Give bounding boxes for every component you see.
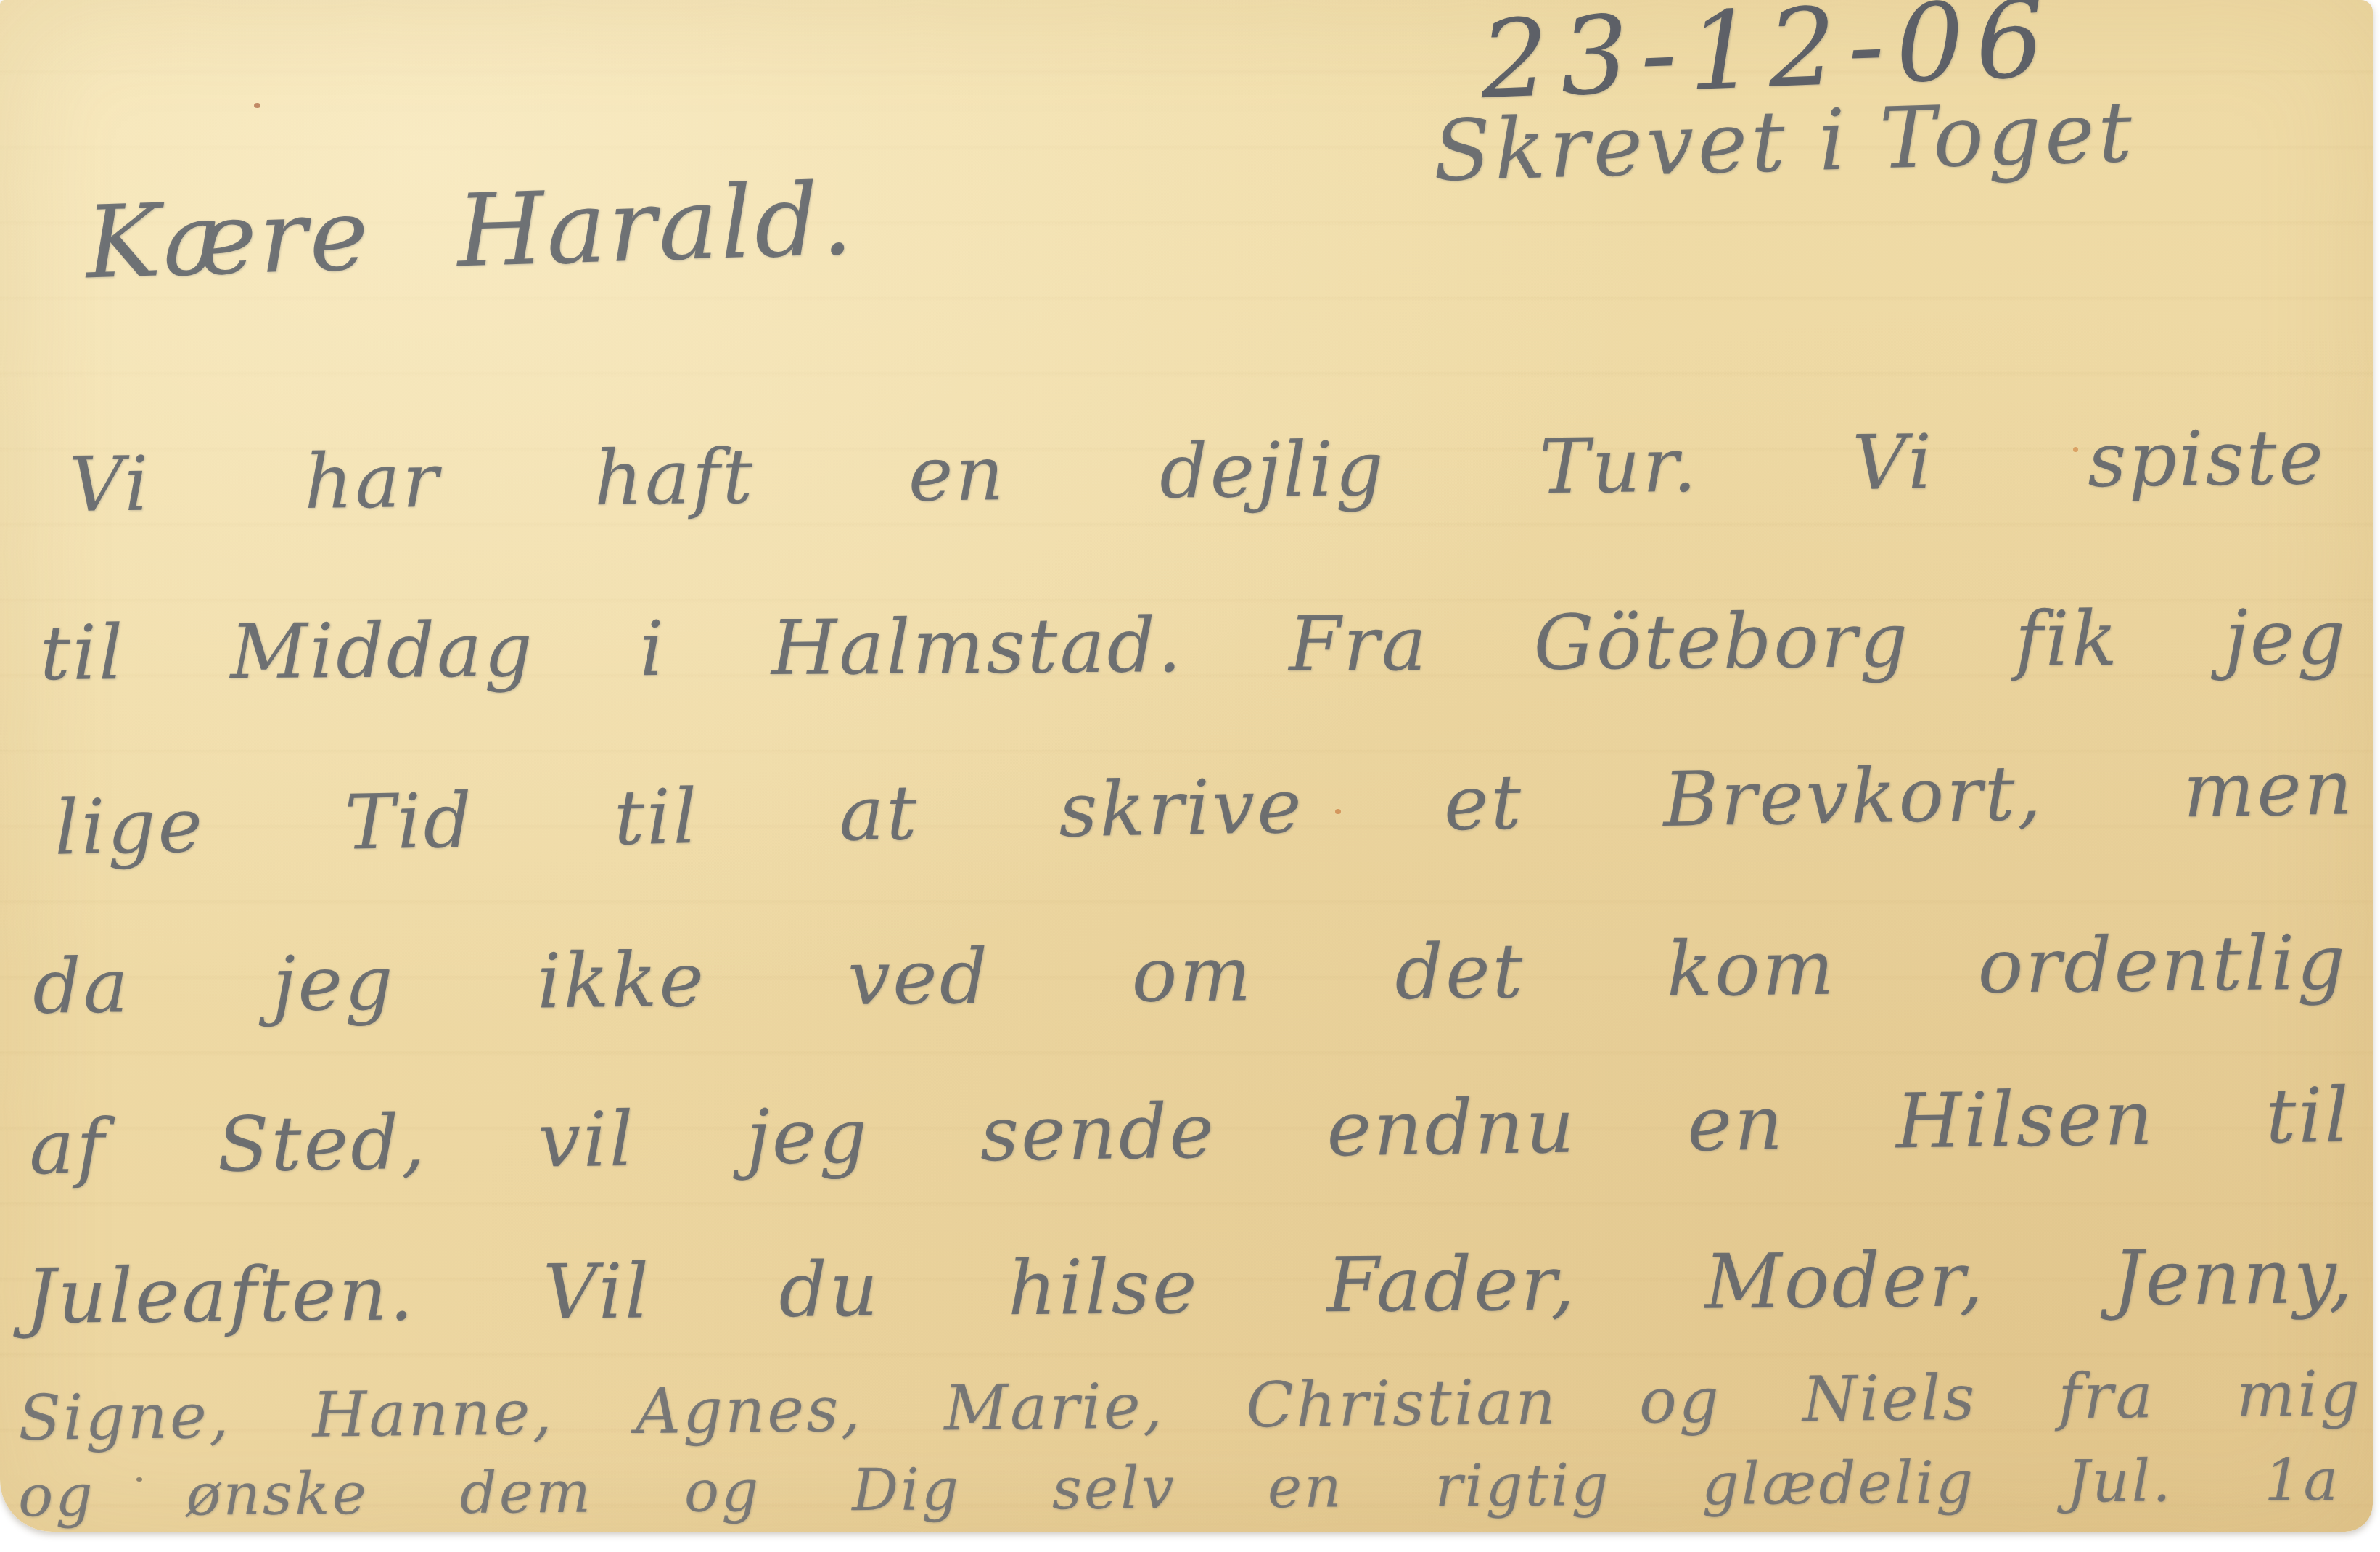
paper-speck: [254, 103, 260, 108]
postcard-scan: 23-12-06 Skrevet i Toget Kære Harald. Vi…: [0, 0, 2380, 1552]
letter-line: til Middag i Halmstad. Fra Göteborg fik …: [40, 593, 2348, 697]
salutation: Kære Harald.: [84, 160, 857, 301]
written-on-train-note: Skrevet i Toget: [1432, 83, 2137, 201]
